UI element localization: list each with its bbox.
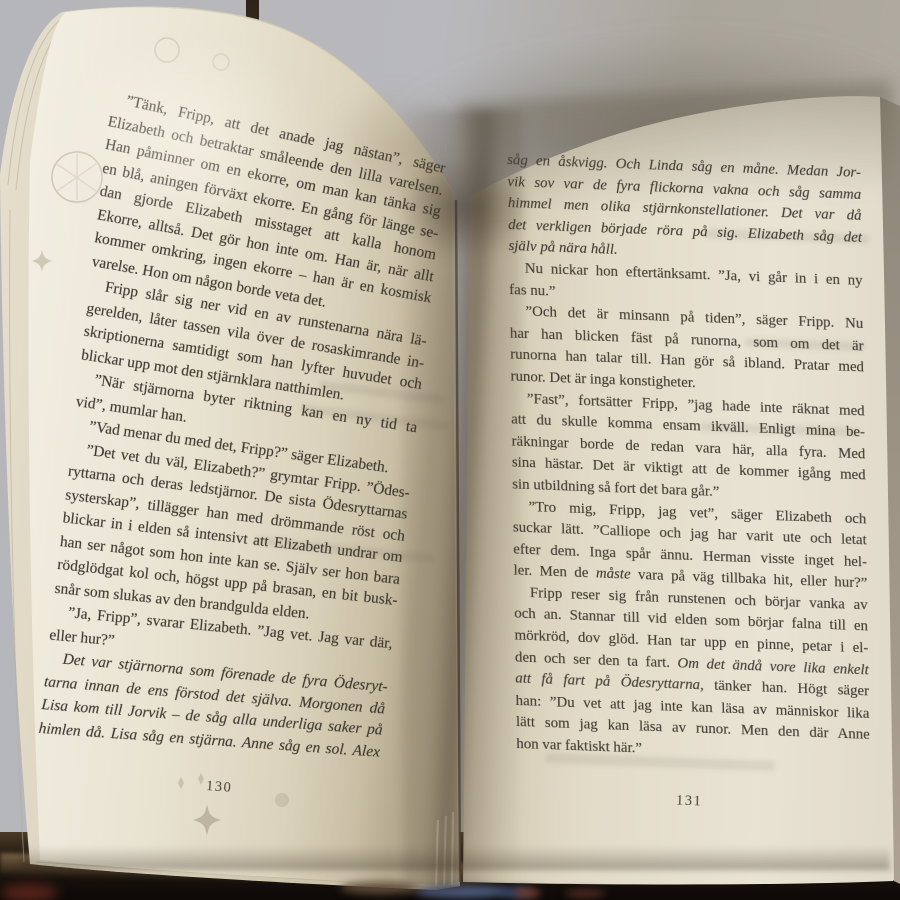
table-reflection-blue: [415, 885, 510, 898]
page-number-right: 131: [676, 793, 703, 811]
photo-of-open-book: ”Tänk, Fripp, att det anade jag nästan”,…: [0, 0, 900, 900]
table-reflection-maroon: [565, 889, 605, 898]
page-number-left: 130: [205, 778, 233, 797]
right-page-text: såg en åskvigg. Och Linda såg en måne. M…: [507, 150, 870, 768]
table-reflection-tan: [340, 882, 420, 894]
ghost-blotch: [275, 793, 289, 807]
table-reflection-red: [513, 888, 541, 898]
table-reflection-corner: [0, 884, 58, 900]
